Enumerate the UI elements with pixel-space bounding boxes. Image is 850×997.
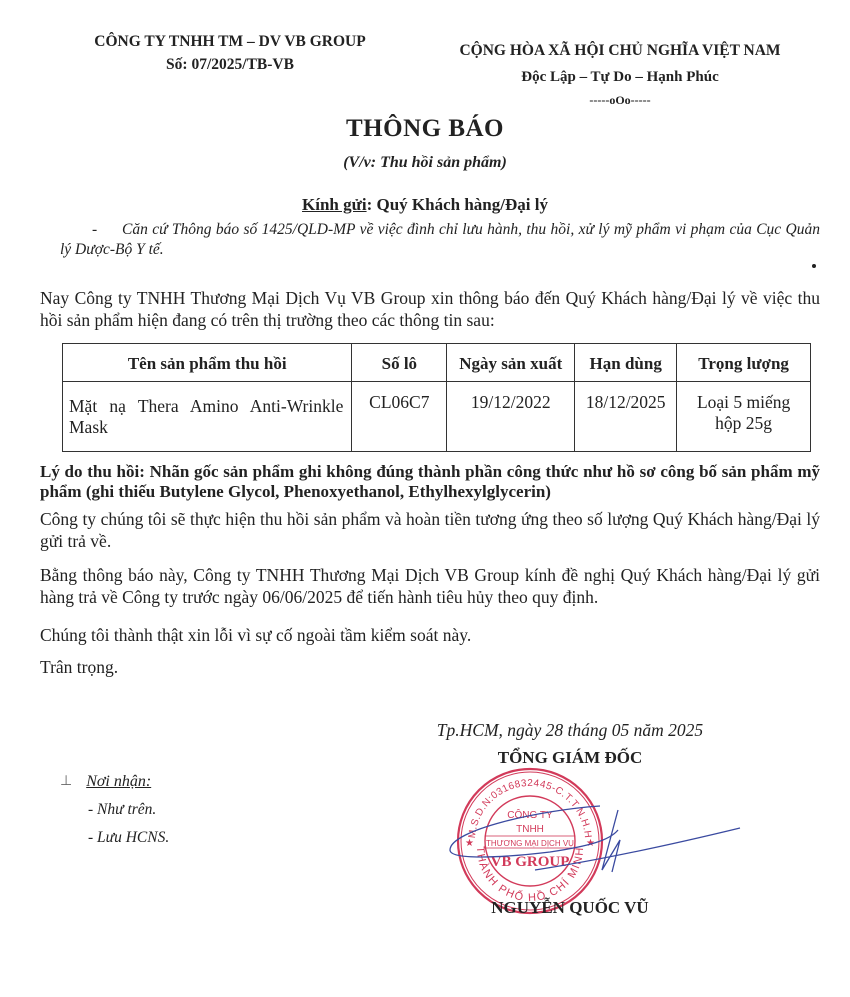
addressee-colon: : [367,195,377,214]
cell-product-name: Mặt nạ Thera Amino Anti-Wrinkle Mask [63,382,352,452]
cell-mfg-date: 19/12/2022 [447,382,575,452]
cell-lot-number: CL06C7 [352,382,447,452]
col-header-weight: Trọng lượng [677,344,811,382]
refund-paragraph: Công ty chúng tôi sẽ thực hiện thu hồi s… [40,508,820,552]
col-header-expiry: Hạn dùng [575,344,677,382]
recipient-item: - Như trên. [60,796,169,824]
addressee-label: Kính gửi [302,195,367,214]
document-title: THÔNG BÁO [0,115,850,143]
recipients-block: ⊥ Nơi nhận: - Như trên. - Lưu HCNS. [60,768,169,852]
recipient-item: - Lưu HCNS. [60,824,169,852]
scan-speck [812,264,816,268]
company-header: CÔNG TY TNHH TM – DV VB GROUP Số: 07/202… [60,30,400,76]
cell-expiry-date: 18/12/2025 [575,382,677,452]
col-header-product: Tên sản phẩm thu hồi [63,344,352,382]
closing-regards: Trân trọng. [40,656,820,678]
legal-basis: -Căn cứ Thông báo số 1425/QLD-MP về việc… [60,220,820,260]
table-row: Mặt nạ Thera Amino Anti-Wrinkle Mask CL0… [63,382,811,452]
ornament-divider: -----oOo----- [430,90,810,110]
col-header-lot: Số lô [352,344,447,382]
addressee-line: Kính gửi: Quý Khách hàng/Đại lý [0,195,850,215]
handwritten-signature-icon [440,800,770,880]
addressee-value: Quý Khách hàng/Đại lý [376,195,547,214]
bullet-dash: - [60,220,122,240]
signer-name: NGUYỄN QUỐC VŨ [395,898,745,918]
table-header-row: Tên sản phẩm thu hồi Số lô Ngày sản xuất… [63,344,811,382]
legal-basis-text: Căn cứ Thông báo số 1425/QLD-MP về việc … [60,221,820,258]
recall-reason: Lý do thu hồi: Nhãn gốc sản phẩm ghi khô… [40,462,820,502]
national-motto: Độc Lập – Tự Do – Hạnh Phúc [430,64,810,90]
national-header: CỘNG HÒA XÃ HỘI CHỦ NGHĨA VIỆT NAM Độc L… [430,38,810,110]
return-request-paragraph: Bằng thông báo này, Công ty TNHH Thương … [40,564,820,608]
col-header-mfg-date: Ngày sản xuất [447,344,575,382]
document-number: Số: 07/2025/TB-VB [60,53,400,76]
recipients-label: Nơi nhận: [86,768,151,796]
pushpin-icon: ⊥ [60,768,72,796]
cell-weight: Loại 5 miếng hộp 25g [677,382,811,452]
signer-title: TỔNG GIÁM ĐỐC [395,748,745,768]
date-place-line: Tp.HCM, ngày 28 tháng 05 năm 2025 [395,720,745,741]
recall-table: Tên sản phẩm thu hồi Số lô Ngày sản xuất… [62,343,811,452]
document-subject: (V/v: Thu hồi sản phẩm) [0,154,850,172]
national-title: CỘNG HÒA XÃ HỘI CHỦ NGHĨA VIỆT NAM [430,38,810,64]
apology-paragraph: Chúng tôi thành thật xin lỗi vì sự cố ng… [40,624,820,646]
company-name: CÔNG TY TNHH TM – DV VB GROUP [60,30,400,53]
intro-paragraph: Nay Công ty TNHH Thương Mại Dịch Vụ VB G… [40,287,820,331]
